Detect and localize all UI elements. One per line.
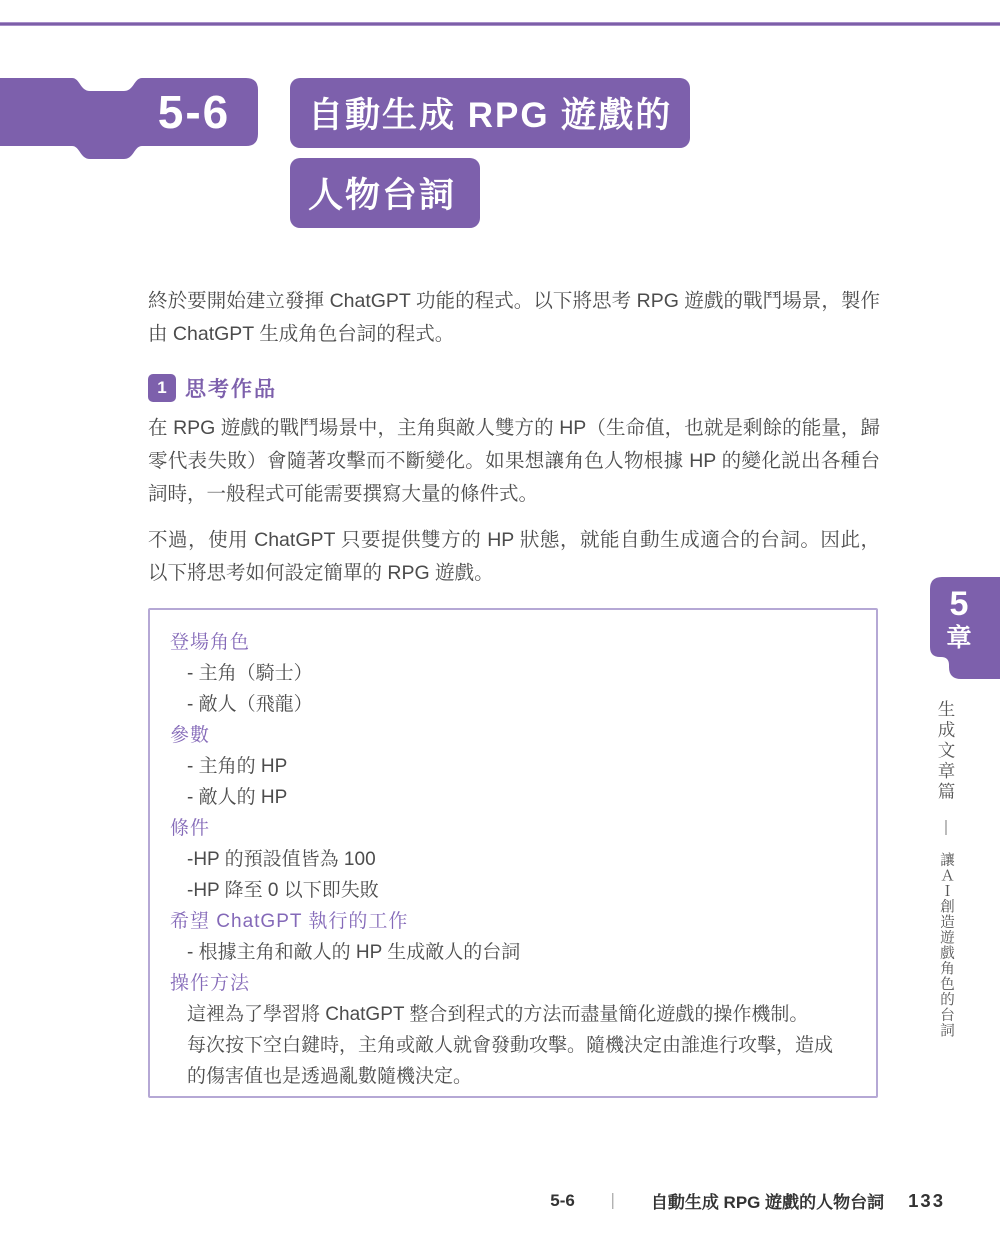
step-number-badge: 1 [148,374,176,402]
spec-heading: 登場角色 [170,627,846,658]
part-title: 生成文章篇 [936,700,956,803]
vertical-separator: — [938,820,955,835]
section-title-line2: 人物台詞 [290,158,480,228]
spec-item: - 敵人（飛龍） [170,689,846,720]
chapter-tab: 5 章 [928,577,1000,679]
spec-item: 每次按下空白鍵時，主角或敵人就會發動攻擊。隨機決定由誰進行攻擊，造成的傷害值也是… [170,1030,846,1092]
chapter-subtitle: 讓ＡＩ創造遊戲角色的台詞 [938,852,954,1038]
footer-separator: ｜ [605,1189,621,1212]
top-rule [0,22,1000,26]
step-heading: 1 思考作品 [148,373,277,403]
spec-item: - 主角的 HP [170,751,846,782]
spec-section-chatgpt-task: 希望 ChatGPT 執行的工作 - 根據主角和敵人的 HP 生成敵人的台詞 [170,906,846,968]
section-title-text-2: 人物台詞 [308,168,456,218]
spec-section-parameters: 參數 - 主角的 HP - 敵人的 HP [170,720,846,813]
spec-heading: 操作方法 [170,968,846,999]
section-number: 5-6 [138,85,250,139]
body-paragraph-2: 不過，使用 ChatGPT 只要提供雙方的 HP 狀態，就能自動生成適合的台詞。… [148,524,880,590]
chapter-character: 章 [929,623,989,653]
spec-heading: 參數 [170,720,846,751]
spec-section-operation: 操作方法 這裡為了學習將 ChatGPT 整合到程式的方法而盡量簡化遊戲的操作機… [170,968,846,1092]
footer-chapter-title: 自動生成 RPG 遊戲的人物台詞 [651,1188,884,1213]
spec-item: 這裡為了學習將 ChatGPT 整合到程式的方法而盡量簡化遊戲的操作機制。 [170,999,846,1030]
spec-heading: 希望 ChatGPT 執行的工作 [170,906,846,937]
spec-section-characters: 登場角色 - 主角（騎士） - 敵人（飛龍） [170,627,846,720]
chapter-tab-label: 5 章 [929,585,989,653]
footer-page-number: 133 [908,1190,945,1212]
intro-paragraph: 終於要開始建立發揮 ChatGPT 功能的程式。以下將思考 RPG 遊戲的戰鬥場… [148,285,880,351]
step-title: 思考作品 [185,373,277,403]
spec-item: - 主角（騎士） [170,658,846,689]
sidebar-vertical-title: 生成文章篇 — 讓ＡＩ創造遊戲角色的台詞 [934,700,959,1060]
spec-section-conditions: 條件 -HP 的預設值皆為 100 -HP 降至 0 以下即失敗 [170,813,846,906]
chapter-number: 5 [929,585,989,623]
footer-section-number: 5-6 [550,1191,575,1211]
spec-item: - 敵人的 HP [170,782,846,813]
book-page: 5-6 自動生成 RPG 遊戲的 人物台詞 終於要開始建立發揮 ChatGPT … [0,0,1000,1242]
spec-item: -HP 降至 0 以下即失敗 [170,875,846,906]
spec-heading: 條件 [170,813,846,844]
section-title-line1: 自動生成 RPG 遊戲的 [290,78,690,148]
section-title-text-1: 自動生成 RPG 遊戲的 [308,88,672,138]
game-spec-box: 登場角色 - 主角（騎士） - 敵人（飛龍） 參數 - 主角的 HP - 敵人的… [148,608,878,1098]
spec-item: - 根據主角和敵人的 HP 生成敵人的台詞 [170,937,846,968]
section-number-badge: 5-6 [0,78,258,160]
body-paragraph-1: 在 RPG 遊戲的戰鬥場景中，主角與敵人雙方的 HP（生命值，也就是剩餘的能量，… [148,412,880,511]
spec-item: -HP 的預設值皆為 100 [170,844,846,875]
page-footer: 5-6 ｜ 自動生成 RPG 遊戲的人物台詞 133 [550,1188,945,1213]
